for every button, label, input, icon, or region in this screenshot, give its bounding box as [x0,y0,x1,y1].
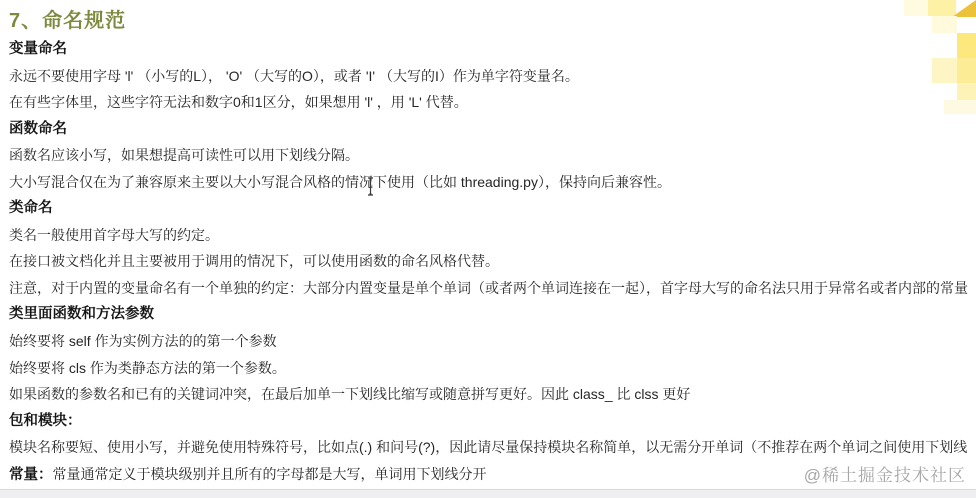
body-line: 大小写混合仅在为了兼容原来主要以大小写混合风格的情况下使用（比如 threadi… [9,169,971,196]
body-line: 函数名应该小写，如果想提高可读性可以用下划线分隔。 [9,142,971,169]
mosaic-cell [928,0,956,16]
mosaic-cell [904,0,928,16]
bottom-edge-strip [0,489,976,498]
body-line: 如果函数的参数名和已有的关键词冲突，在最后加单一下划线比缩写或随意拼写更好。因此… [9,381,971,408]
constants-text: 常量通常定义于模块级别并且所有的字母都是大写，单词用下划线分开 [53,466,487,482]
body-line: 模块名称要短、使用小写，并避免使用特殊符号，比如点(.) 和问号(?)，因此请尽… [9,434,971,461]
section-heading-method-params: 类里面函数和方法参数 [9,301,971,328]
body-line: 在有些字体里，这些字符无法和数字0和1区分，如果想用 'l' ，用 'L' 代替… [9,89,971,116]
section-heading-class-naming: 类命名 [9,195,971,222]
section-heading-function-naming: 函数命名 [9,116,971,143]
body-line: 类名一般使用首字母大写的约定。 [9,222,971,249]
body-line: 在接口被文档化并且主要被用于调用的情况下，可以使用函数的命名风格代替。 [9,248,971,275]
watermark: @稀土掘金技术社区 [804,461,966,486]
section-heading-variable-naming: 变量命名 [9,36,971,63]
body-line: 永远不要使用字母 'l' （小写的L）， 'O' （大写的O），或者 'I' （… [9,63,971,90]
text-cursor-icon [365,177,377,196]
naming-rules-content: 变量命名 永远不要使用字母 'l' （小写的L）， 'O' （大写的O），或者 … [9,36,971,487]
mosaic-cell [932,16,957,33]
body-line: 始终要将 self 作为实例方法的的第一个参数 [9,328,971,355]
body-line: 注意，对于内置的变量命名有一个单独的约定：大部分内置变量是单个单词（或者两个单词… [9,275,971,302]
constants-label: 常量： [9,467,53,483]
page-title: 7、命名规范 [9,4,126,33]
body-line: 始终要将 cls 作为类静态方法的第一个参数。 [9,355,971,382]
section-heading-packages-modules: 包和模块： [9,408,971,435]
